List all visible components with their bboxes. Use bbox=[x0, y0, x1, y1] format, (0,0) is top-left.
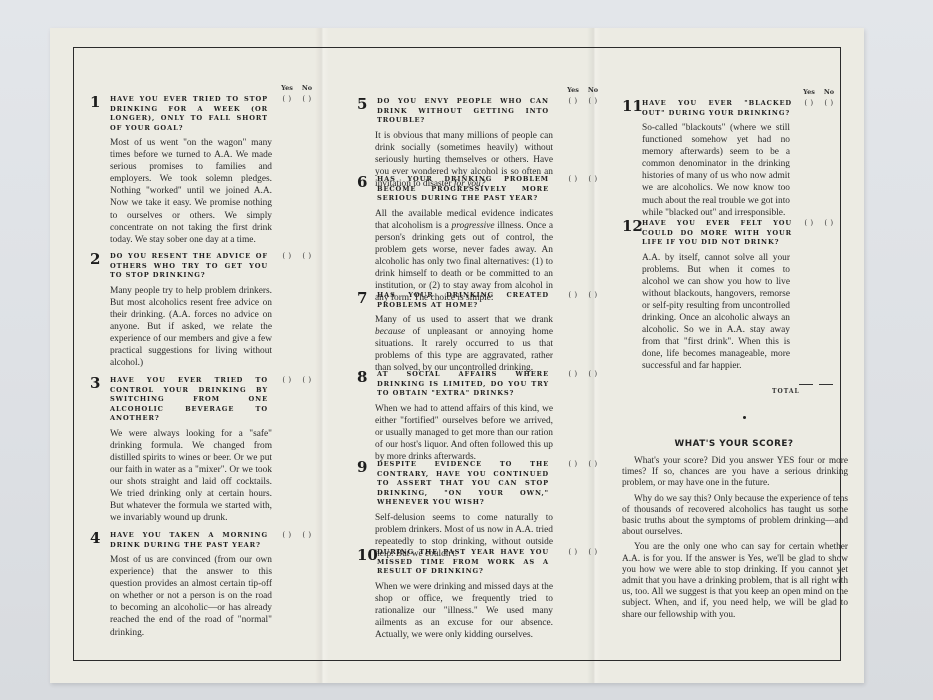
no-checkbox[interactable]: ( ) bbox=[583, 291, 603, 299]
question-1: 1 ( )( ) Have you ever tried to stop dri… bbox=[90, 95, 330, 246]
no-checkbox[interactable]: ( ) bbox=[819, 99, 839, 107]
yes-label: Yes bbox=[277, 84, 297, 92]
no-checkbox[interactable]: ( ) bbox=[297, 95, 317, 103]
answer-boxes: ( )( ) bbox=[277, 252, 317, 260]
question-heading: Have you ever tried to stop drinking for… bbox=[110, 95, 268, 133]
question-body: A.A. by itself, cannot solve all your pr… bbox=[642, 252, 790, 373]
no-checkbox[interactable]: ( ) bbox=[583, 548, 603, 556]
question-heading: Do you envy people who can drink without… bbox=[377, 97, 549, 126]
no-checkbox[interactable]: ( ) bbox=[297, 376, 317, 384]
question-number: 4 bbox=[90, 529, 100, 547]
question-number: 5 bbox=[357, 95, 367, 113]
answer-boxes: ( )( ) bbox=[799, 219, 839, 227]
yes-checkbox[interactable]: ( ) bbox=[277, 252, 297, 260]
yes-checkbox[interactable]: ( ) bbox=[277, 95, 297, 103]
question-9: 9 ( )( ) Despite evidence to the contrar… bbox=[357, 460, 605, 560]
answer-boxes: ( )( ) bbox=[277, 376, 317, 384]
no-checkbox[interactable]: ( ) bbox=[583, 370, 603, 378]
no-checkbox[interactable]: ( ) bbox=[297, 252, 317, 260]
question-number: 8 bbox=[357, 368, 367, 386]
yes-total-field[interactable] bbox=[799, 384, 813, 385]
answer-boxes: ( )( ) bbox=[563, 548, 603, 556]
no-checkbox[interactable]: ( ) bbox=[819, 219, 839, 227]
yes-no-header: YesNo bbox=[563, 86, 603, 94]
question-body: Most of us went "on the wagon" many time… bbox=[110, 137, 272, 246]
question-number: 2 bbox=[90, 250, 100, 268]
answer-boxes: ( )( ) bbox=[563, 291, 603, 299]
score-paragraph: You are the only one who can say for cer… bbox=[622, 542, 848, 620]
no-checkbox[interactable]: ( ) bbox=[297, 531, 317, 539]
yes-checkbox[interactable]: ( ) bbox=[563, 175, 583, 183]
question-number: 10 bbox=[357, 546, 378, 564]
question-heading: Have you taken a morning drink during th… bbox=[110, 531, 268, 550]
question-body: We were always looking for a "safe" drin… bbox=[110, 428, 272, 525]
question-body: When we were drinking and missed days at… bbox=[375, 581, 553, 641]
no-checkbox[interactable]: ( ) bbox=[583, 460, 603, 468]
no-label: No bbox=[583, 86, 603, 94]
body-emphasis: progressive bbox=[452, 221, 495, 231]
answer-boxes: ( )( ) bbox=[799, 99, 839, 107]
yes-no-header: YesNo bbox=[799, 88, 839, 96]
question-12: 12 ( )( ) Have you ever felt you could d… bbox=[622, 219, 846, 372]
yes-checkbox[interactable]: ( ) bbox=[277, 531, 297, 539]
total-fields bbox=[799, 372, 839, 390]
question-11: 11 ( )( ) Have you ever "blacked out" du… bbox=[622, 99, 846, 219]
yes-checkbox[interactable]: ( ) bbox=[563, 460, 583, 468]
question-4: 4 ( )( ) Have you taken a morning drink … bbox=[90, 531, 330, 639]
total-label: TOTAL bbox=[772, 388, 800, 395]
no-label: No bbox=[819, 88, 839, 96]
answer-boxes: ( )( ) bbox=[277, 531, 317, 539]
score-text: What's your score? Did you answer YES fo… bbox=[622, 456, 848, 625]
yes-checkbox[interactable]: ( ) bbox=[799, 99, 819, 107]
question-body: Many people try to help problem drinkers… bbox=[110, 285, 272, 370]
question-number: 12 bbox=[622, 217, 643, 235]
bullet-divider bbox=[743, 416, 746, 419]
answer-boxes: ( )( ) bbox=[277, 95, 317, 103]
no-label: No bbox=[297, 84, 317, 92]
yes-checkbox[interactable]: ( ) bbox=[563, 370, 583, 378]
question-heading: During the past year have you missed tim… bbox=[377, 548, 549, 577]
question-number: 9 bbox=[357, 458, 367, 476]
question-body: Most of us are convinced (from our own e… bbox=[110, 554, 272, 639]
body-emphasis: because bbox=[375, 327, 405, 337]
no-checkbox[interactable]: ( ) bbox=[583, 175, 603, 183]
question-7: 7 ( )( ) Has your drinking created probl… bbox=[357, 291, 605, 374]
question-body: When we had to attend affairs of this ki… bbox=[375, 403, 553, 463]
question-2: 2 ( )( ) Do you resent the advice of oth… bbox=[90, 252, 330, 369]
question-number: 3 bbox=[90, 374, 100, 392]
yes-checkbox[interactable]: ( ) bbox=[563, 291, 583, 299]
yes-label: Yes bbox=[563, 86, 583, 94]
question-number: 11 bbox=[622, 97, 643, 115]
yes-no-header: YesNo bbox=[277, 84, 317, 92]
question-3: 3 ( )( ) Have you ever tried to control … bbox=[90, 376, 330, 524]
yes-checkbox[interactable]: ( ) bbox=[277, 376, 297, 384]
question-heading: Have you ever "blacked out" during your … bbox=[642, 99, 792, 118]
score-paragraph: What's your score? Did you answer YES fo… bbox=[622, 456, 848, 490]
score-paragraph: Why do we say this? Only because the exp… bbox=[622, 494, 848, 539]
page-border: YesNo 1 ( )( ) Have you ever tried to st… bbox=[73, 47, 841, 661]
question-6: 6 ( )( ) Has your drinking problem becom… bbox=[357, 175, 605, 304]
question-10: 10 ( )( ) During the past year have you … bbox=[357, 548, 605, 641]
questionnaire-sheet: YesNo 1 ( )( ) Have you ever tried to st… bbox=[50, 28, 864, 683]
question-heading: Have you ever felt you could do more wit… bbox=[642, 219, 792, 248]
answer-boxes: ( )( ) bbox=[563, 460, 603, 468]
question-body: Many of us used to assert that we drank … bbox=[375, 314, 553, 374]
score-heading: WHAT'S YOUR SCORE? bbox=[622, 439, 846, 449]
yes-label: Yes bbox=[799, 88, 819, 96]
question-heading: Despite evidence to the contrary, have y… bbox=[377, 460, 549, 508]
question-body: All the available medical evidence indic… bbox=[375, 208, 553, 305]
question-heading: At social affairs where drinking is limi… bbox=[377, 370, 549, 399]
question-heading: Has your drinking problem become progres… bbox=[377, 175, 549, 204]
yes-checkbox[interactable]: ( ) bbox=[563, 97, 583, 105]
no-total-field[interactable] bbox=[819, 384, 833, 385]
question-heading: Have you ever tried to control your drin… bbox=[110, 376, 268, 424]
yes-checkbox[interactable]: ( ) bbox=[799, 219, 819, 227]
question-body: So-called "blackouts" (where we still fu… bbox=[642, 122, 790, 219]
answer-boxes: ( )( ) bbox=[563, 175, 603, 183]
body-text: Many of us used to assert that we drank bbox=[375, 315, 553, 325]
question-heading: Do you resent the advice of others who t… bbox=[110, 252, 268, 281]
no-checkbox[interactable]: ( ) bbox=[583, 97, 603, 105]
answer-boxes: ( )( ) bbox=[563, 97, 603, 105]
yes-checkbox[interactable]: ( ) bbox=[563, 548, 583, 556]
question-number: 7 bbox=[357, 289, 367, 307]
question-number: 6 bbox=[357, 173, 367, 191]
question-number: 1 bbox=[90, 93, 100, 111]
question-8: 8 ( )( ) At social affairs where drinkin… bbox=[357, 370, 605, 463]
answer-boxes: ( )( ) bbox=[563, 370, 603, 378]
question-heading: Has your drinking created problems at ho… bbox=[377, 291, 549, 310]
